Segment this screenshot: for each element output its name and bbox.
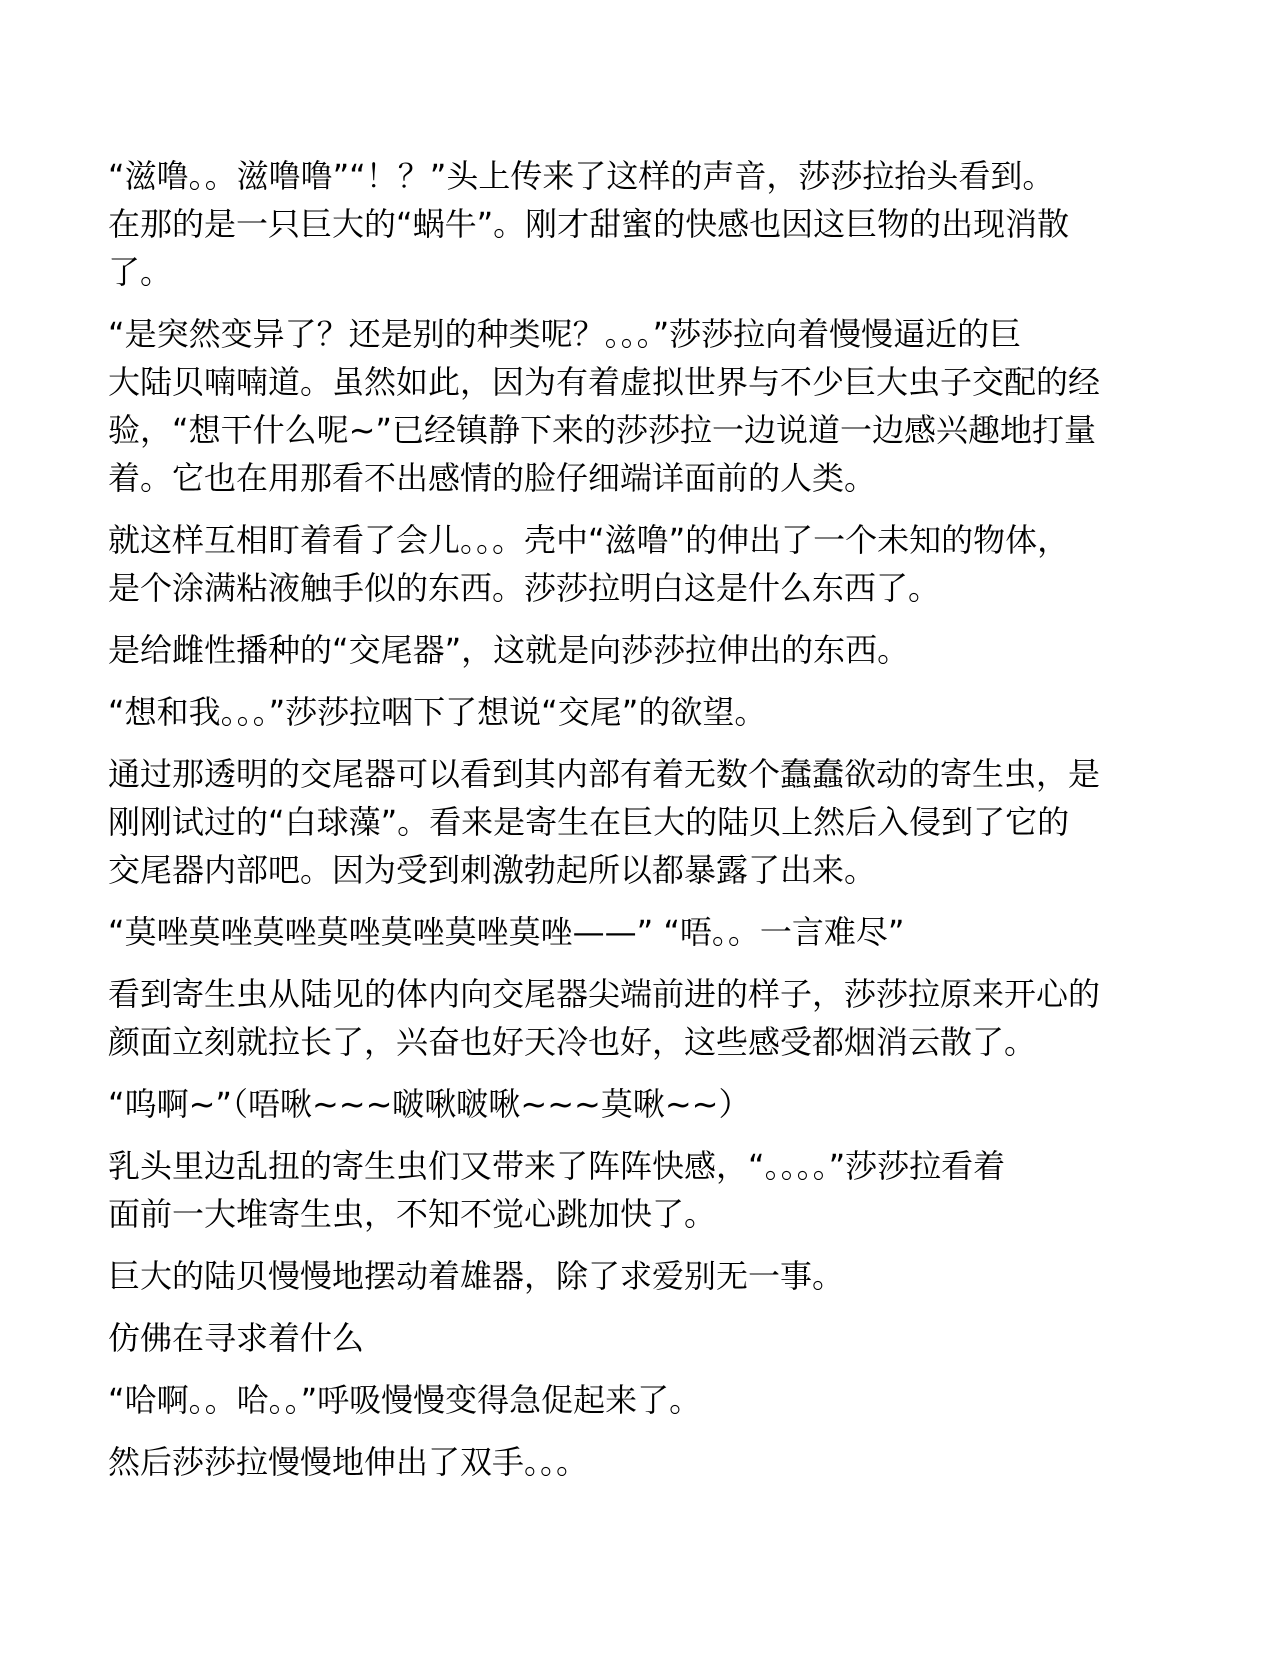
paragraph-3: 就这样互相盯着看了会儿。。。壳中“滋噜”的伸出了一个未知的物体， 是个涂满粘液触… — [108, 516, 1220, 612]
text-line: “想和我。。。”莎莎拉咽下了想说“交尾”的欲望。 — [108, 688, 1220, 736]
text-line: 仿佛在寻求着什么 — [108, 1314, 1220, 1362]
paragraph-13: “哈啊。。哈。。”呼吸慢慢变得急促起来了。 — [108, 1376, 1220, 1424]
paragraph-6: 通过那透明的交尾器可以看到其内部有着无数个蠢蠢欲动的寄生虫，是 刚刚试过的“白球… — [108, 750, 1220, 894]
text-line: 着。它也在用那看不出感情的脸仔细端详面前的人类。 — [108, 454, 1220, 502]
text-line: 巨大的陆贝慢慢地摆动着雄器，除了求爱别无一事。 — [108, 1252, 1220, 1300]
paragraph-8: 看到寄生虫从陆见的体内向交尾器尖端前进的样子，莎莎拉原来开心的 颜面立刻就拉长了… — [108, 970, 1220, 1066]
text-line: 交尾器内部吧。因为受到刺激勃起所以都暴露了出来。 — [108, 846, 1220, 894]
text-line: 验，“想干什么呢~”已经镇静下来的莎莎拉一边说道一边感兴趣地打量 — [108, 406, 1220, 454]
text-line: “是突然变异了？还是别的种类呢？。。。”莎莎拉向着慢慢逼近的巨 — [108, 310, 1220, 358]
paragraph-10: 乳头里边乱扭的寄生虫们又带来了阵阵快感，“。。。。”莎莎拉看着 面前一大堆寄生虫… — [108, 1142, 1220, 1238]
text-line: “滋噜。。滋噜噜”“！？”头上传来了这样的声音，莎莎拉抬头看到。 — [108, 152, 1220, 200]
text-line: 通过那透明的交尾器可以看到其内部有着无数个蠢蠢欲动的寄生虫，是 — [108, 750, 1220, 798]
text-line: “哈啊。。哈。。”呼吸慢慢变得急促起来了。 — [108, 1376, 1220, 1424]
paragraph-12: 仿佛在寻求着什么 — [108, 1314, 1220, 1362]
text-line: “呜啊~”（唔啾~~~啵啾啵啾~~~莫啾~~） — [108, 1080, 1220, 1128]
text-line: 大陆贝喃喃道。虽然如此，因为有着虚拟世界与不少巨大虫子交配的经 — [108, 358, 1220, 406]
paragraph-11: 巨大的陆贝慢慢地摆动着雄器，除了求爱别无一事。 — [108, 1252, 1220, 1300]
text-line: 然后莎莎拉慢慢地伸出了双手。。。 — [108, 1438, 1220, 1486]
paragraph-5: “想和我。。。”莎莎拉咽下了想说“交尾”的欲望。 — [108, 688, 1220, 736]
text-line: 是个涂满粘液触手似的东西。莎莎拉明白这是什么东西了。 — [108, 564, 1220, 612]
paragraph-2: “是突然变异了？还是别的种类呢？。。。”莎莎拉向着慢慢逼近的巨 大陆贝喃喃道。虽… — [108, 310, 1220, 502]
paragraph-7: “莫唑莫唑莫唑莫唑莫唑莫唑莫唑——” “唔。。一言难尽” — [108, 908, 1220, 956]
paragraph-9: “呜啊~”（唔啾~~~啵啾啵啾~~~莫啾~~） — [108, 1080, 1220, 1128]
text-line: “莫唑莫唑莫唑莫唑莫唑莫唑莫唑——” “唔。。一言难尽” — [108, 908, 1220, 956]
text-line: 就这样互相盯着看了会儿。。。壳中“滋噜”的伸出了一个未知的物体， — [108, 516, 1220, 564]
text-line: 是给雌性播种的“交尾器”，这就是向莎莎拉伸出的东西。 — [108, 626, 1220, 674]
text-line: 颜面立刻就拉长了，兴奋也好天冷也好，这些感受都烟消云散了。 — [108, 1018, 1220, 1066]
text-line: 看到寄生虫从陆见的体内向交尾器尖端前进的样子，莎莎拉原来开心的 — [108, 970, 1220, 1018]
paragraph-1: “滋噜。。滋噜噜”“！？”头上传来了这样的声音，莎莎拉抬头看到。 在那的是一只巨… — [108, 152, 1220, 296]
text-line: 面前一大堆寄生虫，不知不觉心跳加快了。 — [108, 1190, 1220, 1238]
document-page: “滋噜。。滋噜噜”“！？”头上传来了这样的声音，莎莎拉抬头看到。 在那的是一只巨… — [0, 0, 1280, 1656]
text-line: 乳头里边乱扭的寄生虫们又带来了阵阵快感，“。。。。”莎莎拉看着 — [108, 1142, 1220, 1190]
text-line: 在那的是一只巨大的“蜗牛”。刚才甜蜜的快感也因这巨物的出现消散 — [108, 200, 1220, 248]
text-line: 刚刚试过的“白球藻”。看来是寄生在巨大的陆贝上然后入侵到了它的 — [108, 798, 1220, 846]
paragraph-14: 然后莎莎拉慢慢地伸出了双手。。。 — [108, 1438, 1220, 1486]
paragraph-4: 是给雌性播种的“交尾器”，这就是向莎莎拉伸出的东西。 — [108, 626, 1220, 674]
text-line: 了。 — [108, 248, 1220, 296]
